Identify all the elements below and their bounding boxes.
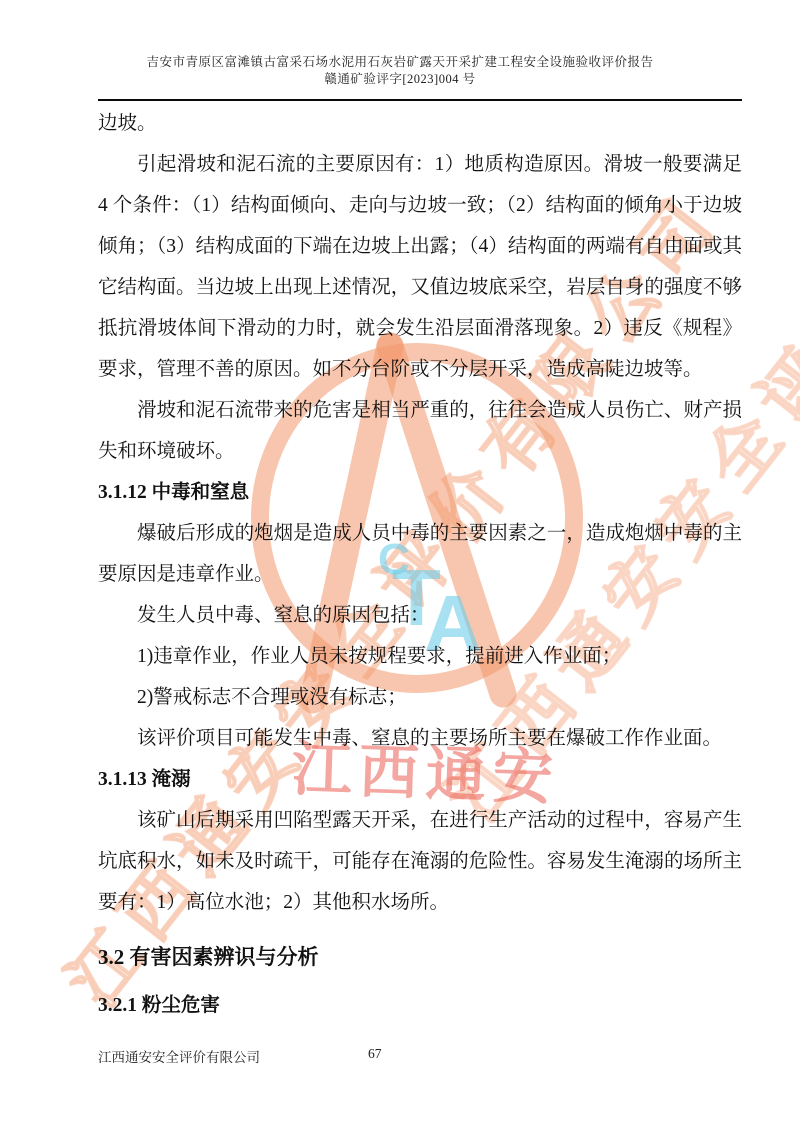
list-item-1: 1)违章作业，作业人员未按规程要求，提前进入作业面；	[98, 636, 742, 677]
heading-3-1-13: 3.1.13 淹溺	[98, 759, 742, 800]
paragraph-poisoning-locations: 该评价项目可能发生中毒、窒息的主要场所主要在爆破工作作业面。	[98, 718, 742, 759]
report-title: 吉安市青原区富滩镇古富采石场水泥用石灰岩矿露天开采扩建工程安全设施验收评价报告	[0, 54, 800, 71]
list-item-2: 2)警戒标志不合理或没有标志；	[98, 677, 742, 718]
header-divider	[98, 99, 742, 101]
document-body: 边坡。 引起滑坡和泥石流的主要原因有：1）地质构造原因。滑坡一般要满足 4 个条…	[98, 103, 742, 1026]
footer-company-name: 江西通安安全评价有限公司	[98, 1046, 260, 1066]
document-page: 江西通安安全评价有限公司 江西通安安全评价有限公司 C T A 江西通安 吉安市…	[0, 0, 800, 1131]
paragraph-continuation: 边坡。	[98, 103, 742, 144]
page-number: 67	[368, 1046, 382, 1062]
paragraph-poisoning-reasons-intro: 发生人员中毒、窒息的原因包括：	[98, 595, 742, 636]
heading-3-1-12: 3.1.12 中毒和窒息	[98, 472, 742, 513]
paragraph-landslide-harm: 滑坡和泥石流带来的危害是相当严重的，往往会造成人员伤亡、财产损失和环境破坏。	[98, 390, 742, 472]
paragraph-landslide-causes: 引起滑坡和泥石流的主要原因有：1）地质构造原因。滑坡一般要满足 4 个条件：（1…	[98, 144, 742, 390]
heading-3-2-1: 3.2.1 粉尘危害	[98, 985, 742, 1026]
paragraph-poisoning-cause: 爆破后形成的炮烟是造成人员中毒的主要因素之一，造成炮烟中毒的主要原因是违章作业。	[98, 513, 742, 595]
report-number: 赣通矿验评字[2023]004 号	[0, 71, 800, 88]
text-layer: 吉安市青原区富滩镇古富采石场水泥用石灰岩矿露天开采扩建工程安全设施验收评价报告 …	[0, 0, 800, 1131]
paragraph-drowning: 该矿山后期采用凹陷型露天开采，在进行生产活动的过程中，容易产生坑底积水，如未及时…	[98, 800, 742, 923]
heading-3-2: 3.2 有害因素辨识与分析	[98, 935, 742, 979]
page-header: 吉安市青原区富滩镇古富采石场水泥用石灰岩矿露天开采扩建工程安全设施验收评价报告 …	[0, 54, 800, 88]
